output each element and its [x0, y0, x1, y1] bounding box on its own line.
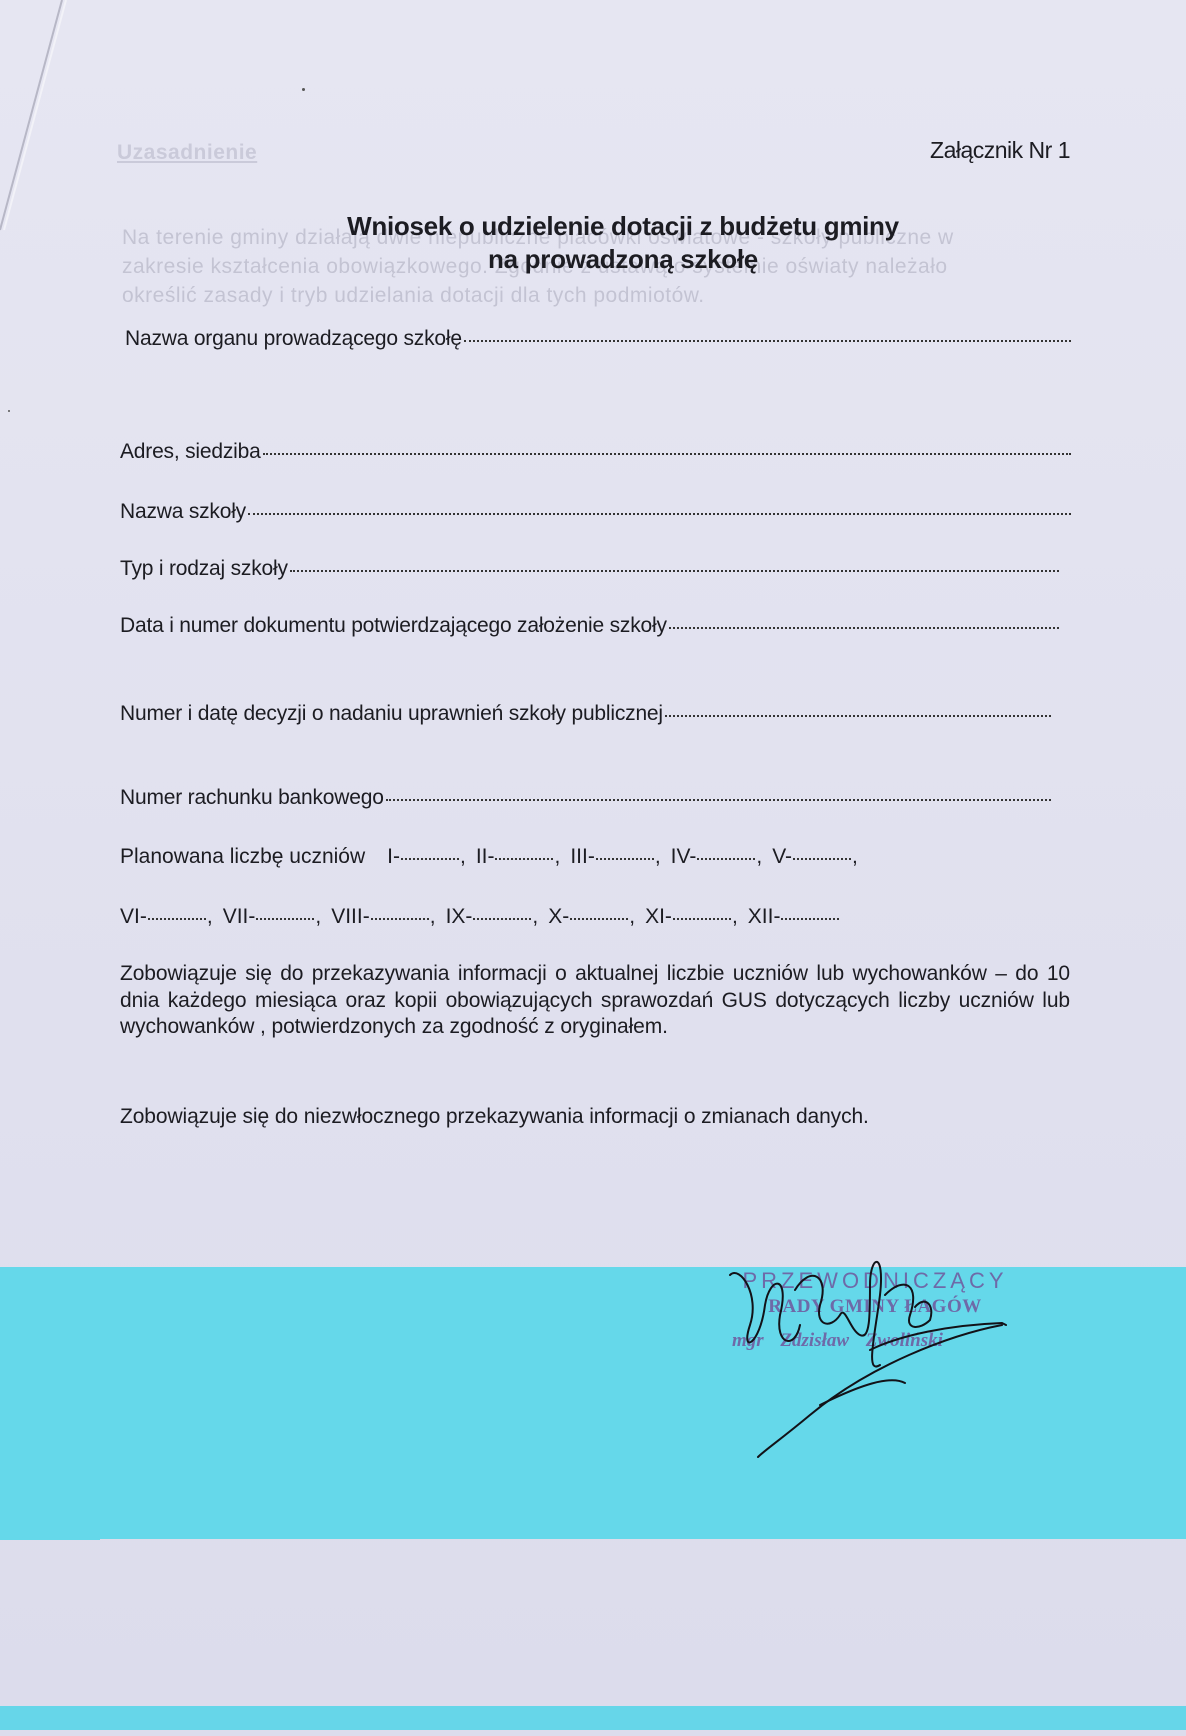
paper-fold-edge	[0, 0, 80, 240]
grade-label: VII-	[223, 905, 256, 929]
bleed-through-heading: Uzasadnienie	[117, 141, 257, 165]
handwritten-signature	[720, 1235, 1020, 1475]
field-label: Data i numer dokumentu potwierdzającego …	[120, 614, 667, 638]
fill-in-line[interactable]	[697, 858, 755, 860]
fill-in-line[interactable]	[596, 858, 654, 860]
fill-in-line[interactable]	[290, 570, 1059, 572]
cyan-band-edge	[0, 1536, 100, 1540]
fill-in-line[interactable]	[248, 513, 1071, 515]
grade-label: IX-	[446, 905, 473, 929]
fill-in-line[interactable]	[793, 858, 851, 860]
fill-in-line[interactable]	[371, 918, 429, 920]
fill-in-line[interactable]	[473, 918, 531, 920]
grade-slot[interactable]: VI-,	[120, 905, 223, 929]
field-label: Typ i rodzaj szkoły	[120, 557, 288, 581]
separator: ,	[852, 845, 858, 869]
separator: ,	[460, 845, 466, 869]
obligation-changes: Zobowiązuje się do niezwłocznego przekaz…	[120, 1104, 1070, 1131]
field-organ-name[interactable]: Nazwa organu prowadzącego szkołę	[125, 327, 1071, 351]
grade-label: VI-	[120, 905, 147, 929]
fill-in-line[interactable]	[401, 858, 459, 860]
grade-label: IV-	[671, 845, 697, 869]
grade-slots: VI-,VII-,VIII-,IX-,X-,XI-,XII-	[120, 905, 840, 929]
grade-slot[interactable]: XII-	[748, 905, 841, 929]
fill-in-line[interactable]	[386, 799, 1051, 801]
grade-slot[interactable]: III-,	[570, 845, 670, 869]
fill-in-line[interactable]	[495, 858, 553, 860]
field-label: Adres, siedziba	[120, 440, 261, 464]
grade-slot[interactable]: I-,	[387, 845, 476, 869]
separator: ,	[732, 905, 738, 929]
cyan-stripe-bottom	[0, 1706, 1186, 1730]
grade-slot[interactable]: VIII-,	[331, 905, 445, 929]
planned-students-row-2: VI-,VII-,VIII-,IX-,X-,XI-,XII-	[120, 905, 840, 929]
attachment-number: Załącznik Nr 1	[930, 137, 1070, 164]
document-page: Uzasadnienie Na terenie gminy działają d…	[0, 0, 1186, 1736]
grade-slot[interactable]: V-,	[772, 845, 868, 869]
grade-label: I-	[387, 845, 400, 869]
obligation-reporting: Zobowiązuje się do przekazywania informa…	[120, 961, 1070, 1041]
field-label: Numer rachunku bankowego	[120, 786, 384, 810]
grade-label: III-	[570, 845, 595, 869]
fill-in-line[interactable]	[665, 715, 1051, 717]
separator: ,	[315, 905, 321, 929]
fill-in-line[interactable]	[673, 918, 731, 920]
grade-label: XI-	[645, 905, 672, 929]
field-label: Nazwa organu prowadzącego szkołę	[125, 327, 462, 351]
fill-in-line[interactable]	[256, 918, 314, 920]
field-public-status-decision[interactable]: Numer i datę decyzji o nadaniu uprawnień…	[120, 702, 1051, 726]
separator: ,	[655, 845, 661, 869]
separator: ,	[756, 845, 762, 869]
grade-slot[interactable]: XI-,	[645, 905, 748, 929]
fill-in-line[interactable]	[464, 340, 1071, 342]
title-line-1: Wniosek o udzielenie dotacji z budżetu g…	[60, 210, 1186, 243]
separator: ,	[629, 905, 635, 929]
grade-slot[interactable]: VII-,	[223, 905, 332, 929]
title-line-2: na prowadzoną szkołę	[60, 243, 1186, 276]
grade-slots: I-,II-,III-,IV-,V-,	[387, 845, 868, 869]
field-label: Nazwa szkoły	[120, 500, 246, 524]
fill-in-line[interactable]	[148, 918, 206, 920]
separator: ,	[554, 845, 560, 869]
dust-speck	[8, 410, 10, 412]
bleed-through-line: określić zasady i tryb udzielania dotacj…	[122, 284, 705, 308]
field-label: Numer i datę decyzji o nadaniu uprawnień…	[120, 702, 663, 726]
planned-students-label: Planowana liczbę uczniów	[120, 845, 365, 869]
grade-slot[interactable]: II-,	[476, 845, 571, 869]
fill-in-line[interactable]	[263, 453, 1071, 455]
separator: ,	[430, 905, 436, 929]
document-title: Wniosek o udzielenie dotacji z budżetu g…	[0, 210, 1186, 276]
grade-label: II-	[476, 845, 495, 869]
grade-slot[interactable]: IV-,	[671, 845, 773, 869]
field-school-type[interactable]: Typ i rodzaj szkoły	[120, 557, 1059, 581]
grade-label: X-	[548, 905, 569, 929]
grade-label: XII-	[748, 905, 781, 929]
field-school-name[interactable]: Nazwa szkoły	[120, 500, 1071, 524]
field-address[interactable]: Adres, siedziba	[120, 440, 1071, 464]
planned-students-row-1: Planowana liczbę uczniów I-,II-,III-,IV-…	[120, 845, 868, 869]
fill-in-line[interactable]	[781, 918, 839, 920]
grade-slot[interactable]: X-,	[548, 905, 645, 929]
field-founding-document[interactable]: Data i numer dokumentu potwierdzającego …	[120, 614, 1059, 638]
grade-label: V-	[772, 845, 792, 869]
grade-label: VIII-	[331, 905, 370, 929]
separator: ,	[207, 905, 213, 929]
dust-speck	[302, 88, 305, 91]
fill-in-line[interactable]	[570, 918, 628, 920]
separator: ,	[532, 905, 538, 929]
grade-slot[interactable]: IX-,	[446, 905, 549, 929]
fill-in-line[interactable]	[669, 627, 1059, 629]
field-bank-account[interactable]: Numer rachunku bankowego	[120, 786, 1051, 810]
